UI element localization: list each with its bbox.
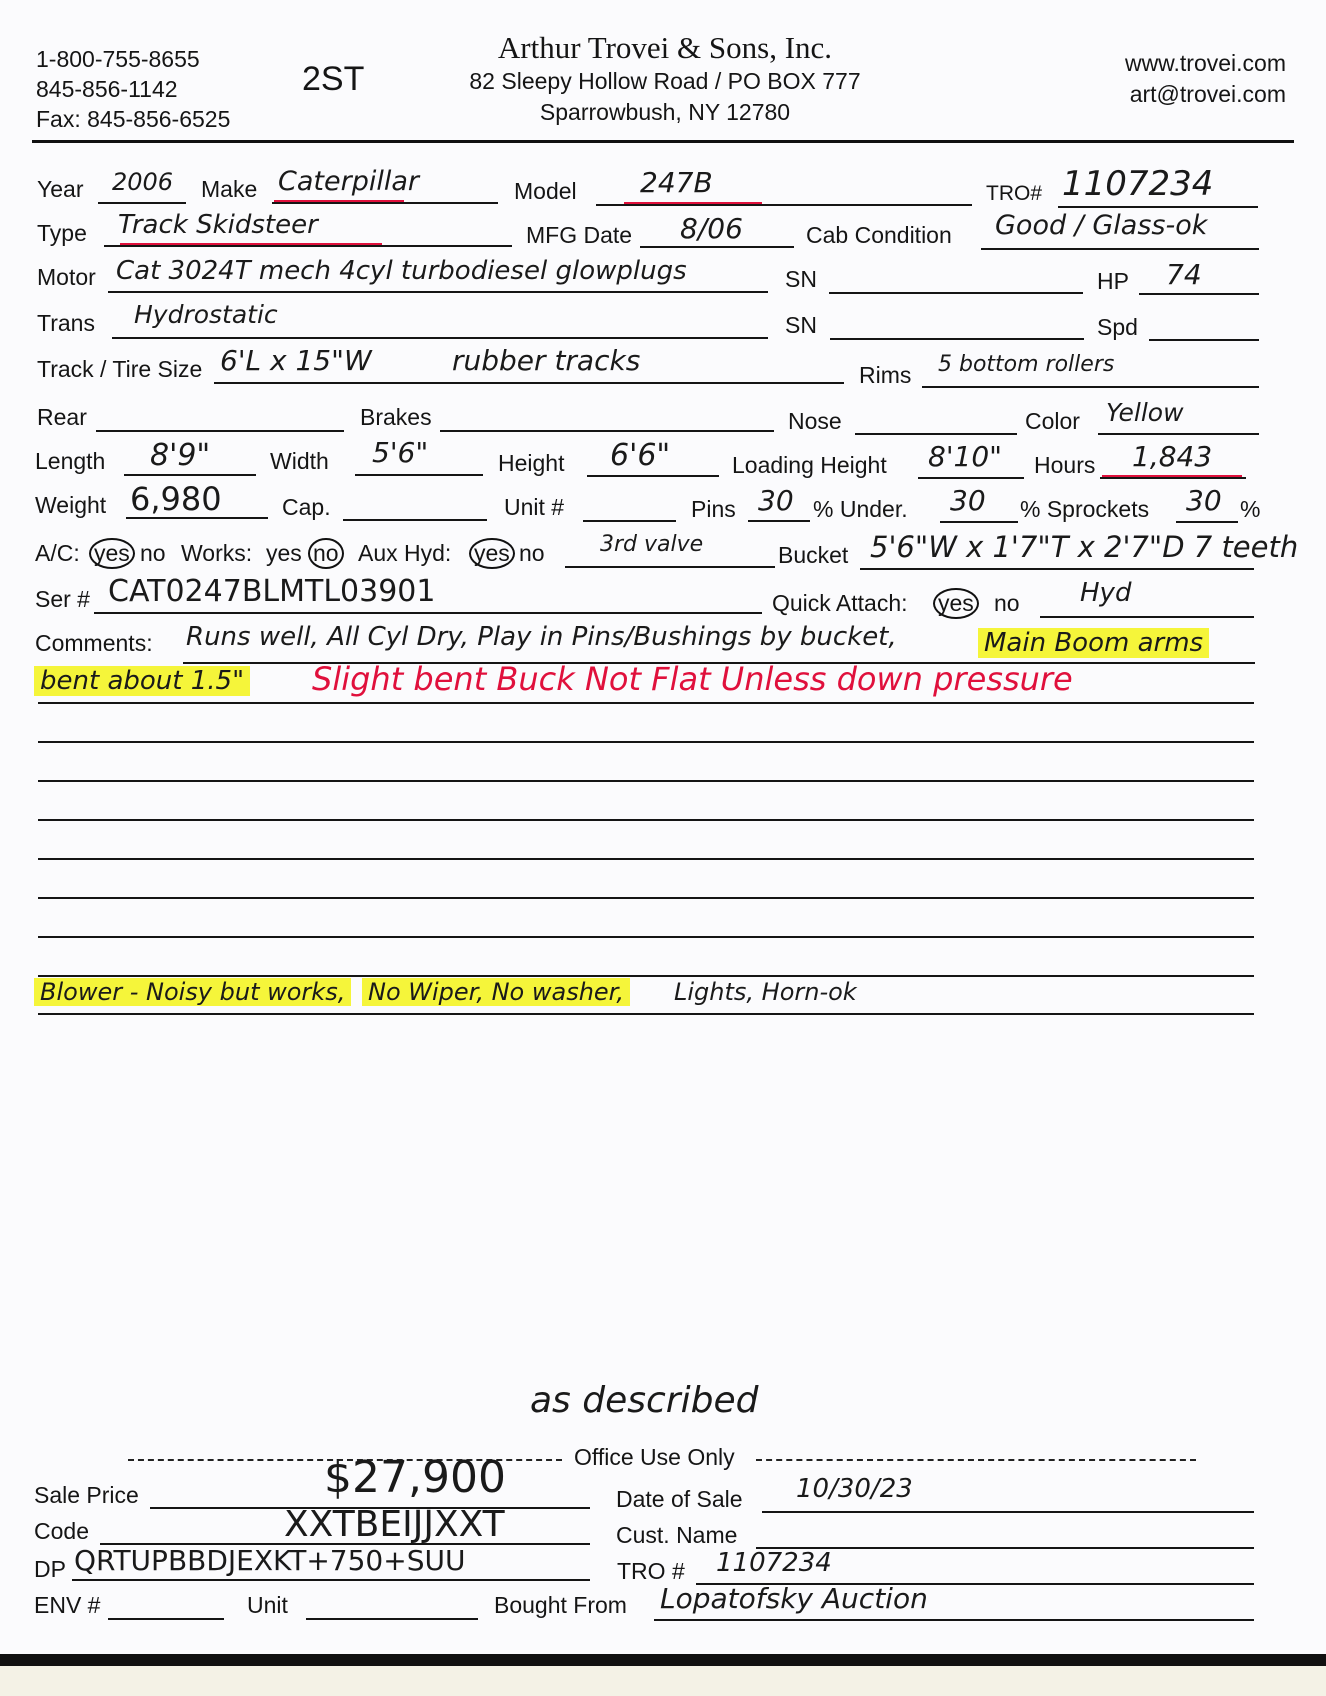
quick-attach-no-option[interactable]: no	[994, 590, 1020, 617]
aux-hyd-note[interactable]: 3rd valve	[600, 532, 703, 557]
office-divider-right	[756, 1459, 1196, 1461]
loading-height-field[interactable]: 8'10"	[928, 440, 1002, 473]
cab-condition-field[interactable]: Good / Glass-ok	[995, 210, 1207, 241]
hours-field[interactable]: 1,843	[1132, 440, 1212, 473]
mfg-date-field[interactable]: 8/06	[680, 212, 743, 245]
motor-field[interactable]: Cat 3024T mech 4cyl turbodiesel glowplug…	[116, 256, 687, 286]
comments-label: Comments:	[35, 630, 153, 657]
code-field[interactable]: XXTBEIJJXXT	[284, 1504, 505, 1545]
hours-label: Hours	[1034, 452, 1095, 479]
length-label: Length	[35, 448, 105, 475]
dp-label: DP	[34, 1556, 66, 1583]
unit-office-label: Unit	[247, 1592, 288, 1619]
comment-line-9	[38, 975, 1254, 977]
ac-no-option[interactable]: no	[140, 540, 166, 567]
company-name: Arthur Trovei & Sons, Inc.	[420, 30, 910, 66]
pins-field[interactable]: 30	[758, 484, 794, 517]
comment-line-2b-red[interactable]: Slight bent Buck Not Flat Unless down pr…	[312, 660, 1073, 698]
make-field[interactable]: Caterpillar	[278, 166, 419, 197]
track-tire-note[interactable]: rubber tracks	[452, 344, 640, 377]
year-field[interactable]: 2006	[112, 168, 173, 196]
brakes-label: Brakes	[360, 404, 432, 431]
hp-label: HP	[1097, 268, 1129, 295]
comment-line-5[interactable]	[38, 819, 1254, 821]
rims-field[interactable]: 5 bottom rollers	[938, 352, 1114, 377]
motor-label: Motor	[37, 264, 96, 291]
height-field[interactable]: 6'6"	[610, 438, 670, 473]
website-link[interactable]: www.trovei.com	[1125, 48, 1286, 79]
comment-line-8[interactable]	[38, 936, 1254, 938]
company-address-line1: 82 Sleepy Hollow Road / PO BOX 777	[420, 66, 910, 97]
date-of-sale-label: Date of Sale	[616, 1486, 743, 1513]
company-address-line2: Sparrowbush, NY 12780	[420, 97, 910, 128]
width-field[interactable]: 5'6"	[372, 436, 428, 469]
spd-label: Spd	[1097, 314, 1138, 341]
office-use-title: Office Use Only	[574, 1444, 735, 1471]
sale-price-field[interactable]: $27,900	[324, 1452, 506, 1503]
quick-attach-yes-option[interactable]: yes	[933, 588, 979, 619]
ser-label: Ser #	[35, 586, 90, 613]
weight-field[interactable]: 6,980	[130, 480, 222, 518]
sprockets-field[interactable]: 30	[1186, 484, 1222, 517]
scan-edge-shadow	[0, 1654, 1326, 1666]
hp-field[interactable]: 74	[1166, 258, 1202, 291]
comment-line-9c[interactable]: Lights, Horn-ok	[674, 978, 857, 1006]
trans-label: Trans	[37, 310, 95, 337]
weight-label: Weight	[35, 492, 106, 519]
company-block: Arthur Trovei & Sons, Inc. 82 Sleepy Hol…	[420, 30, 910, 128]
cust-name-label: Cust. Name	[616, 1522, 737, 1549]
works-yes-option[interactable]: yes	[266, 540, 302, 567]
height-label: Height	[498, 450, 564, 477]
works-label: Works:	[181, 540, 252, 567]
bucket-label: Bucket	[778, 542, 848, 569]
bought-from-label: Bought From	[494, 1592, 627, 1619]
color-label: Color	[1025, 408, 1080, 435]
color-field[interactable]: Yellow	[1106, 398, 1184, 427]
bought-from-field[interactable]: Lopatofsky Auction	[660, 1582, 928, 1615]
scan-background	[0, 1666, 1326, 1696]
under-field[interactable]: 30	[950, 484, 986, 517]
rear-label: Rear	[37, 404, 87, 431]
form-page: 1-800-755-8655 845-856-1142 Fax: 845-856…	[0, 0, 1326, 1654]
comment-line-2a-highlighted[interactable]: bent about 1.5"	[34, 666, 250, 696]
track-tire-label: Track / Tire Size	[37, 356, 202, 383]
web-contact: www.trovei.com art@trovei.com	[1125, 48, 1286, 110]
ser-field[interactable]: CAT0247BLMTL03901	[108, 574, 435, 609]
unit-label: Unit #	[504, 494, 564, 521]
type-field[interactable]: Track Skidsteer	[118, 210, 318, 240]
fax-number: Fax: 845-856-6525	[36, 104, 230, 134]
contact-phones: 1-800-755-8655 845-856-1142 Fax: 845-856…	[36, 44, 230, 134]
comment-line-9b-highlighted[interactable]: No Wiper, No washer,	[362, 978, 630, 1006]
track-tire-field[interactable]: 6'L x 15"W	[220, 344, 372, 377]
ac-yes-option[interactable]: yes	[89, 538, 135, 569]
loading-height-label: Loading Height	[732, 452, 887, 479]
comment-line-7[interactable]	[38, 897, 1254, 899]
sprockets-label: % Sprockets	[1020, 496, 1149, 523]
comment-line-1a[interactable]: Runs well, All Cyl Dry, Play in Pins/Bus…	[186, 622, 897, 652]
sprockets-percent: %	[1240, 496, 1260, 523]
phone-tollfree: 1-800-755-8655	[36, 44, 230, 74]
env-label: ENV #	[34, 1592, 100, 1619]
cab-condition-label: Cab Condition	[806, 222, 952, 249]
office-tro-label: TRO #	[617, 1558, 685, 1585]
comment-line-4[interactable]	[38, 780, 1254, 782]
tro-label: TRO#	[986, 182, 1042, 206]
motor-sn-label: SN	[785, 266, 817, 293]
rims-label: Rims	[859, 362, 911, 389]
comment-line-3[interactable]	[38, 741, 1254, 743]
sale-price-label: Sale Price	[34, 1482, 139, 1509]
cap-label: Cap.	[282, 494, 331, 521]
quick-attach-note[interactable]: Hyd	[1080, 578, 1131, 608]
aux-hyd-no-option[interactable]: no	[519, 540, 545, 567]
office-annotation: as described	[530, 1380, 758, 1421]
nose-label: Nose	[788, 408, 842, 435]
comment-line-9a-highlighted[interactable]: Blower - Noisy but works,	[34, 978, 351, 1006]
trans-sn-label: SN	[785, 312, 817, 339]
aux-hyd-yes-option[interactable]: yes	[469, 538, 515, 569]
comment-line-6[interactable]	[38, 858, 1254, 860]
model-label: Model	[514, 178, 577, 205]
width-label: Width	[270, 448, 329, 475]
header-divider	[32, 140, 1294, 143]
dp-field[interactable]: QRTUPBBDJEXKT+750+SUU	[74, 1544, 465, 1577]
bucket-field[interactable]: 5'6"W x 1'7"T x 2'7"D 7 teeth	[870, 530, 1298, 564]
comment-line-1b-highlighted[interactable]: Main Boom arms	[978, 628, 1209, 658]
length-field[interactable]: 8'9"	[150, 438, 210, 473]
pins-label: Pins	[691, 496, 736, 523]
under-label: % Under.	[813, 496, 908, 523]
works-no-option[interactable]: no	[308, 538, 344, 569]
date-of-sale-field[interactable]: 10/30/23	[796, 1474, 913, 1504]
mfg-date-label: MFG Date	[526, 222, 632, 249]
type-label: Type	[37, 220, 87, 247]
model-field[interactable]: 247B	[640, 166, 713, 199]
trans-field[interactable]: Hydrostatic	[134, 300, 278, 329]
tro-field[interactable]: 1107234	[1062, 164, 1213, 204]
aux-hyd-label: Aux Hyd:	[358, 540, 451, 567]
ac-label: A/C:	[35, 540, 80, 567]
make-label: Make	[201, 176, 257, 203]
email-link[interactable]: art@trovei.com	[1125, 79, 1286, 110]
form-code: 2ST	[302, 60, 364, 99]
year-label: Year	[37, 176, 83, 203]
office-tro-field[interactable]: 1107234	[716, 1548, 832, 1578]
phone-local: 845-856-1142	[36, 74, 230, 104]
quick-attach-label: Quick Attach:	[772, 590, 908, 617]
code-label: Code	[34, 1518, 89, 1545]
